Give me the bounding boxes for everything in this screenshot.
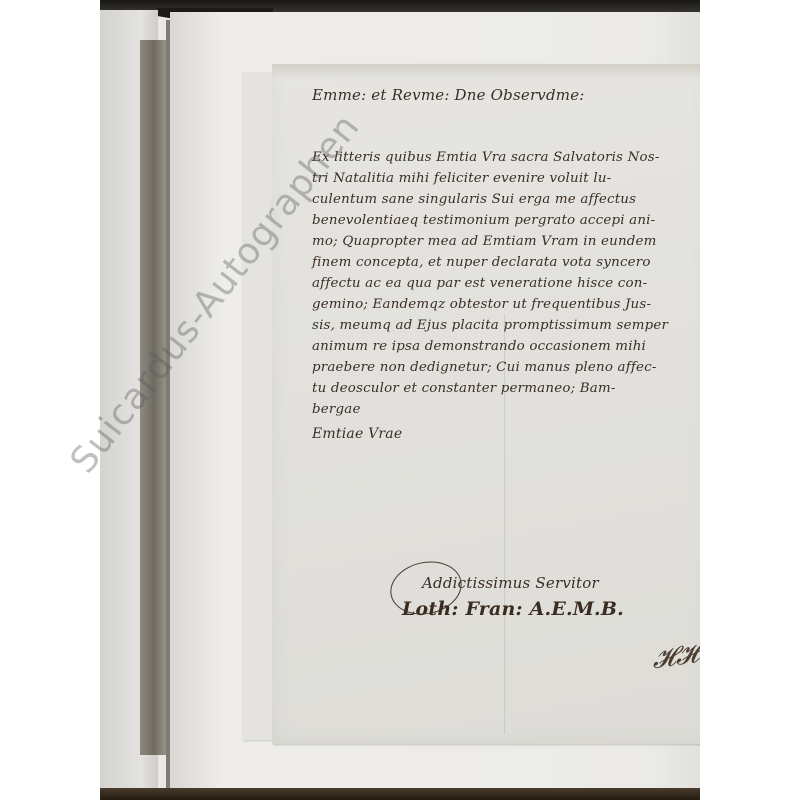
bottom-dark-edge bbox=[100, 788, 700, 800]
body-line: benevolentiaeq testimonium pergrato acce… bbox=[312, 213, 655, 228]
closing-formula: Emtiae Vrae bbox=[312, 426, 402, 442]
body-line: tri Natalitia mihi feliciter evenire vol… bbox=[312, 171, 611, 186]
paper-fold bbox=[504, 314, 505, 734]
body-line: animum re ipsa demonstrando occasionem m… bbox=[312, 339, 646, 354]
body-line: bergae bbox=[312, 402, 361, 417]
body-line: culentum sane singularis Sui erga me aff… bbox=[312, 192, 636, 207]
signature-name: Loth: Fran: A.E.M.B. bbox=[402, 598, 624, 620]
body-line: gemino; Eandemqz obtestor ut frequentibu… bbox=[312, 297, 651, 312]
document-photo: Emme: et Revme: Dne Observdme: Ex litter… bbox=[100, 0, 700, 800]
body-line: sis, meumq ad Ejus placita promptissimum… bbox=[312, 318, 668, 333]
body-line: affectu ac ea qua par est veneratione hi… bbox=[312, 276, 647, 291]
signature-servitor: Addictissimus Servitor bbox=[422, 574, 599, 592]
body-line: Ex litteris quibus Emtia Vra sacra Salva… bbox=[312, 150, 660, 165]
right-folder-page: Emme: et Revme: Dne Observdme: Ex litter… bbox=[170, 12, 700, 788]
body-line: tu deosculor et constanter permaneo; Bam… bbox=[312, 381, 616, 396]
body-line: mo; Quapropter mea ad Emtiam Vram in eun… bbox=[312, 234, 657, 249]
body-line: praebere non dedignetur; Cui manus pleno… bbox=[312, 360, 657, 375]
salutation: Emme: et Revme: Dne Observdme: bbox=[312, 86, 585, 104]
paraph-mark: 𝓗𝓗 bbox=[650, 639, 700, 676]
body-line: finem concepta, et nuper declarata vota … bbox=[312, 255, 651, 270]
